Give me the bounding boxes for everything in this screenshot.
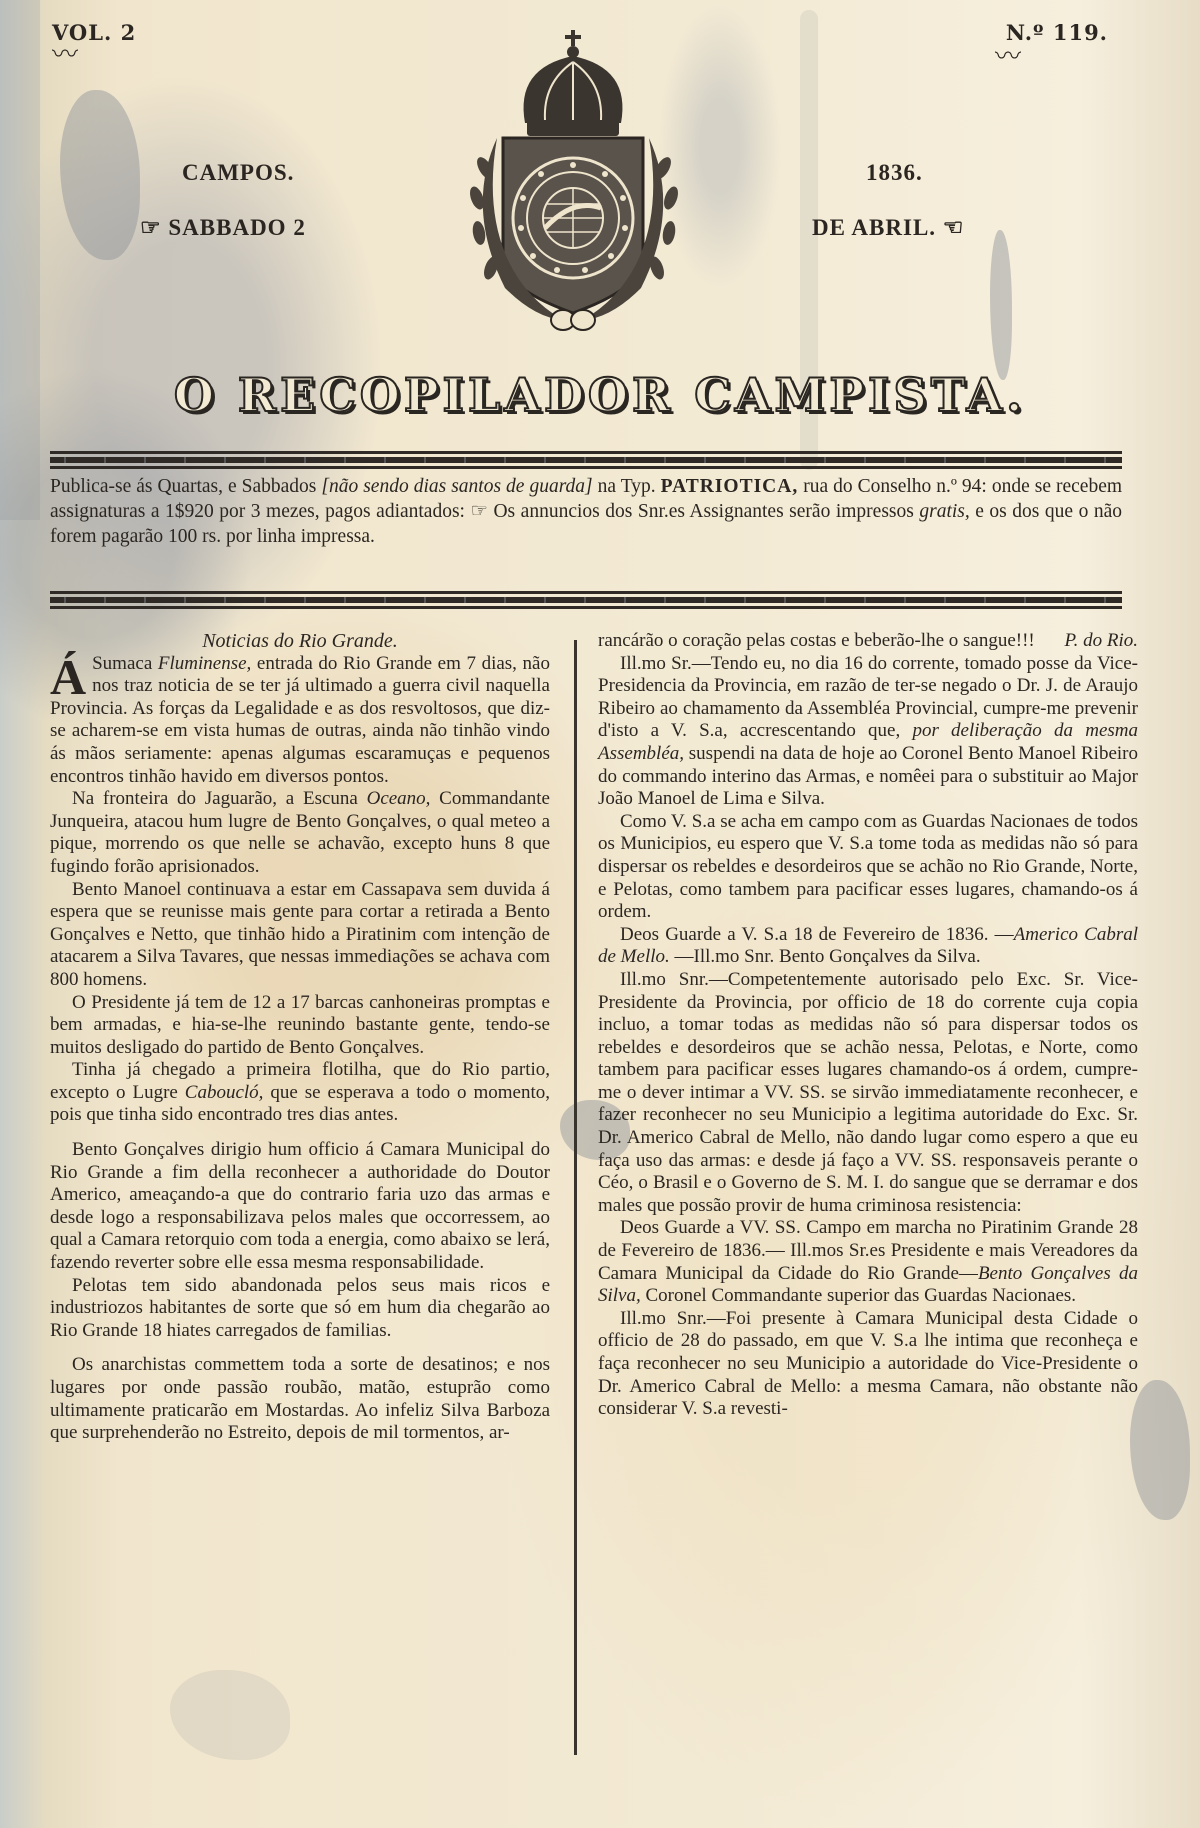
article-heading: Noticias do Rio Grande. <box>50 630 550 653</box>
month-label: DE ABRIL. <box>812 215 936 240</box>
paragraph: Como V. S.a se acha em campo com as Guar… <box>598 811 1138 924</box>
press-name: PATRIOTICA, <box>661 476 799 497</box>
spacer <box>50 1342 550 1354</box>
paragraph: rancárão o coração pelas costas e beberã… <box>598 630 1138 653</box>
swash-ornament-left: 〰 <box>52 42 78 68</box>
pointing-hand-icon: ☞ <box>140 215 162 240</box>
ship-name: Caboucló, <box>185 1082 264 1103</box>
notice-italic: gratis, <box>919 501 969 522</box>
masthead-rule <box>50 448 1122 472</box>
drop-cap: Á <box>50 657 86 697</box>
left-column: Noticias do Rio Grande. Á Sumaca Flumine… <box>50 630 550 1445</box>
paragraph: Ill.mo Snr.—Competentemente autorisado p… <box>598 969 1138 1218</box>
newspaper-title: O RECOPILADOR CAMPISTA. <box>0 368 1200 422</box>
paragraph: Deos Guarde a VV. SS. Campo em marcha no… <box>598 1217 1138 1307</box>
publication-notice: Publica-se ás Quartas, e Sabbados [não s… <box>50 474 1122 549</box>
text: Deos Guarde a V. S.a 18 de Fevereiro de … <box>620 924 1014 945</box>
paragraph: Á Sumaca Fluminense, entrada do Rio Gran… <box>50 653 550 789</box>
edge-stain <box>0 0 40 520</box>
text: Sumaca <box>92 653 158 674</box>
issue-number: N.º 119. <box>1006 20 1108 45</box>
paragraph: Bento Gonçalves dirigio hum officio á Ca… <box>50 1139 550 1275</box>
paragraph: Os anarchistas commettem toda a sorte de… <box>50 1354 550 1444</box>
source-attribution: P. do Rio. <box>1064 630 1138 653</box>
right-column: rancárão o coração pelas costas e beberã… <box>598 630 1138 1421</box>
text: rancárão o coração pelas costas e beberã… <box>598 630 1035 651</box>
ship-name: Oceano, <box>367 788 431 809</box>
pointing-hand-icon: ☜ <box>943 215 965 240</box>
paragraph: Pelotas tem sido abandonada pelos seus m… <box>50 1275 550 1343</box>
date-month: DE ABRIL. ☜ <box>812 215 964 241</box>
spacer <box>50 1127 550 1139</box>
paragraph: Na fronteira do Jaguarão, a Escuna Ocean… <box>50 788 550 878</box>
date-day: ☞ SABBADO 2 <box>140 215 306 241</box>
text: Na fronteira do Jaguarão, a Escuna <box>72 788 367 809</box>
ship-name: Fluminense, <box>158 653 251 674</box>
notice-text: Publica-se ás Quartas, e Sabbados <box>50 476 321 497</box>
section-rule <box>50 588 1122 612</box>
imperial-coat-of-arms-icon <box>445 28 705 338</box>
column-divider <box>574 640 577 1755</box>
text: Coronel Commandante superior das Guardas… <box>641 1285 1076 1306</box>
text: —Ill.mo Snr. Bento Gonçalves da Silva. <box>670 946 981 967</box>
water-stain <box>990 230 1012 380</box>
paragraph: Tinha já chegado a primeira flotilha, qu… <box>50 1059 550 1127</box>
paragraph: Deos Guarde a V. S.a 18 de Fevereiro de … <box>598 924 1138 969</box>
year-label: 1836. <box>866 160 923 186</box>
swash-ornament-right: 〰 <box>995 44 1021 70</box>
weekday-label: SABBADO 2 <box>168 215 305 240</box>
paragraph: Ill.mo Snr.—Foi presente à Camara Munici… <box>598 1308 1138 1421</box>
paragraph: Ill.mo Sr.—Tendo eu, no dia 16 do corren… <box>598 653 1138 811</box>
paragraph: Bento Manoel continuava a estar em Cassa… <box>50 879 550 992</box>
place-label: CAMPOS. <box>182 160 294 186</box>
notice-text: na Typ. <box>593 476 661 497</box>
paragraph: O Presidente já tem de 12 a 17 barcas ca… <box>50 992 550 1060</box>
notice-italic: [não sendo dias santos de guarda] <box>321 476 592 497</box>
